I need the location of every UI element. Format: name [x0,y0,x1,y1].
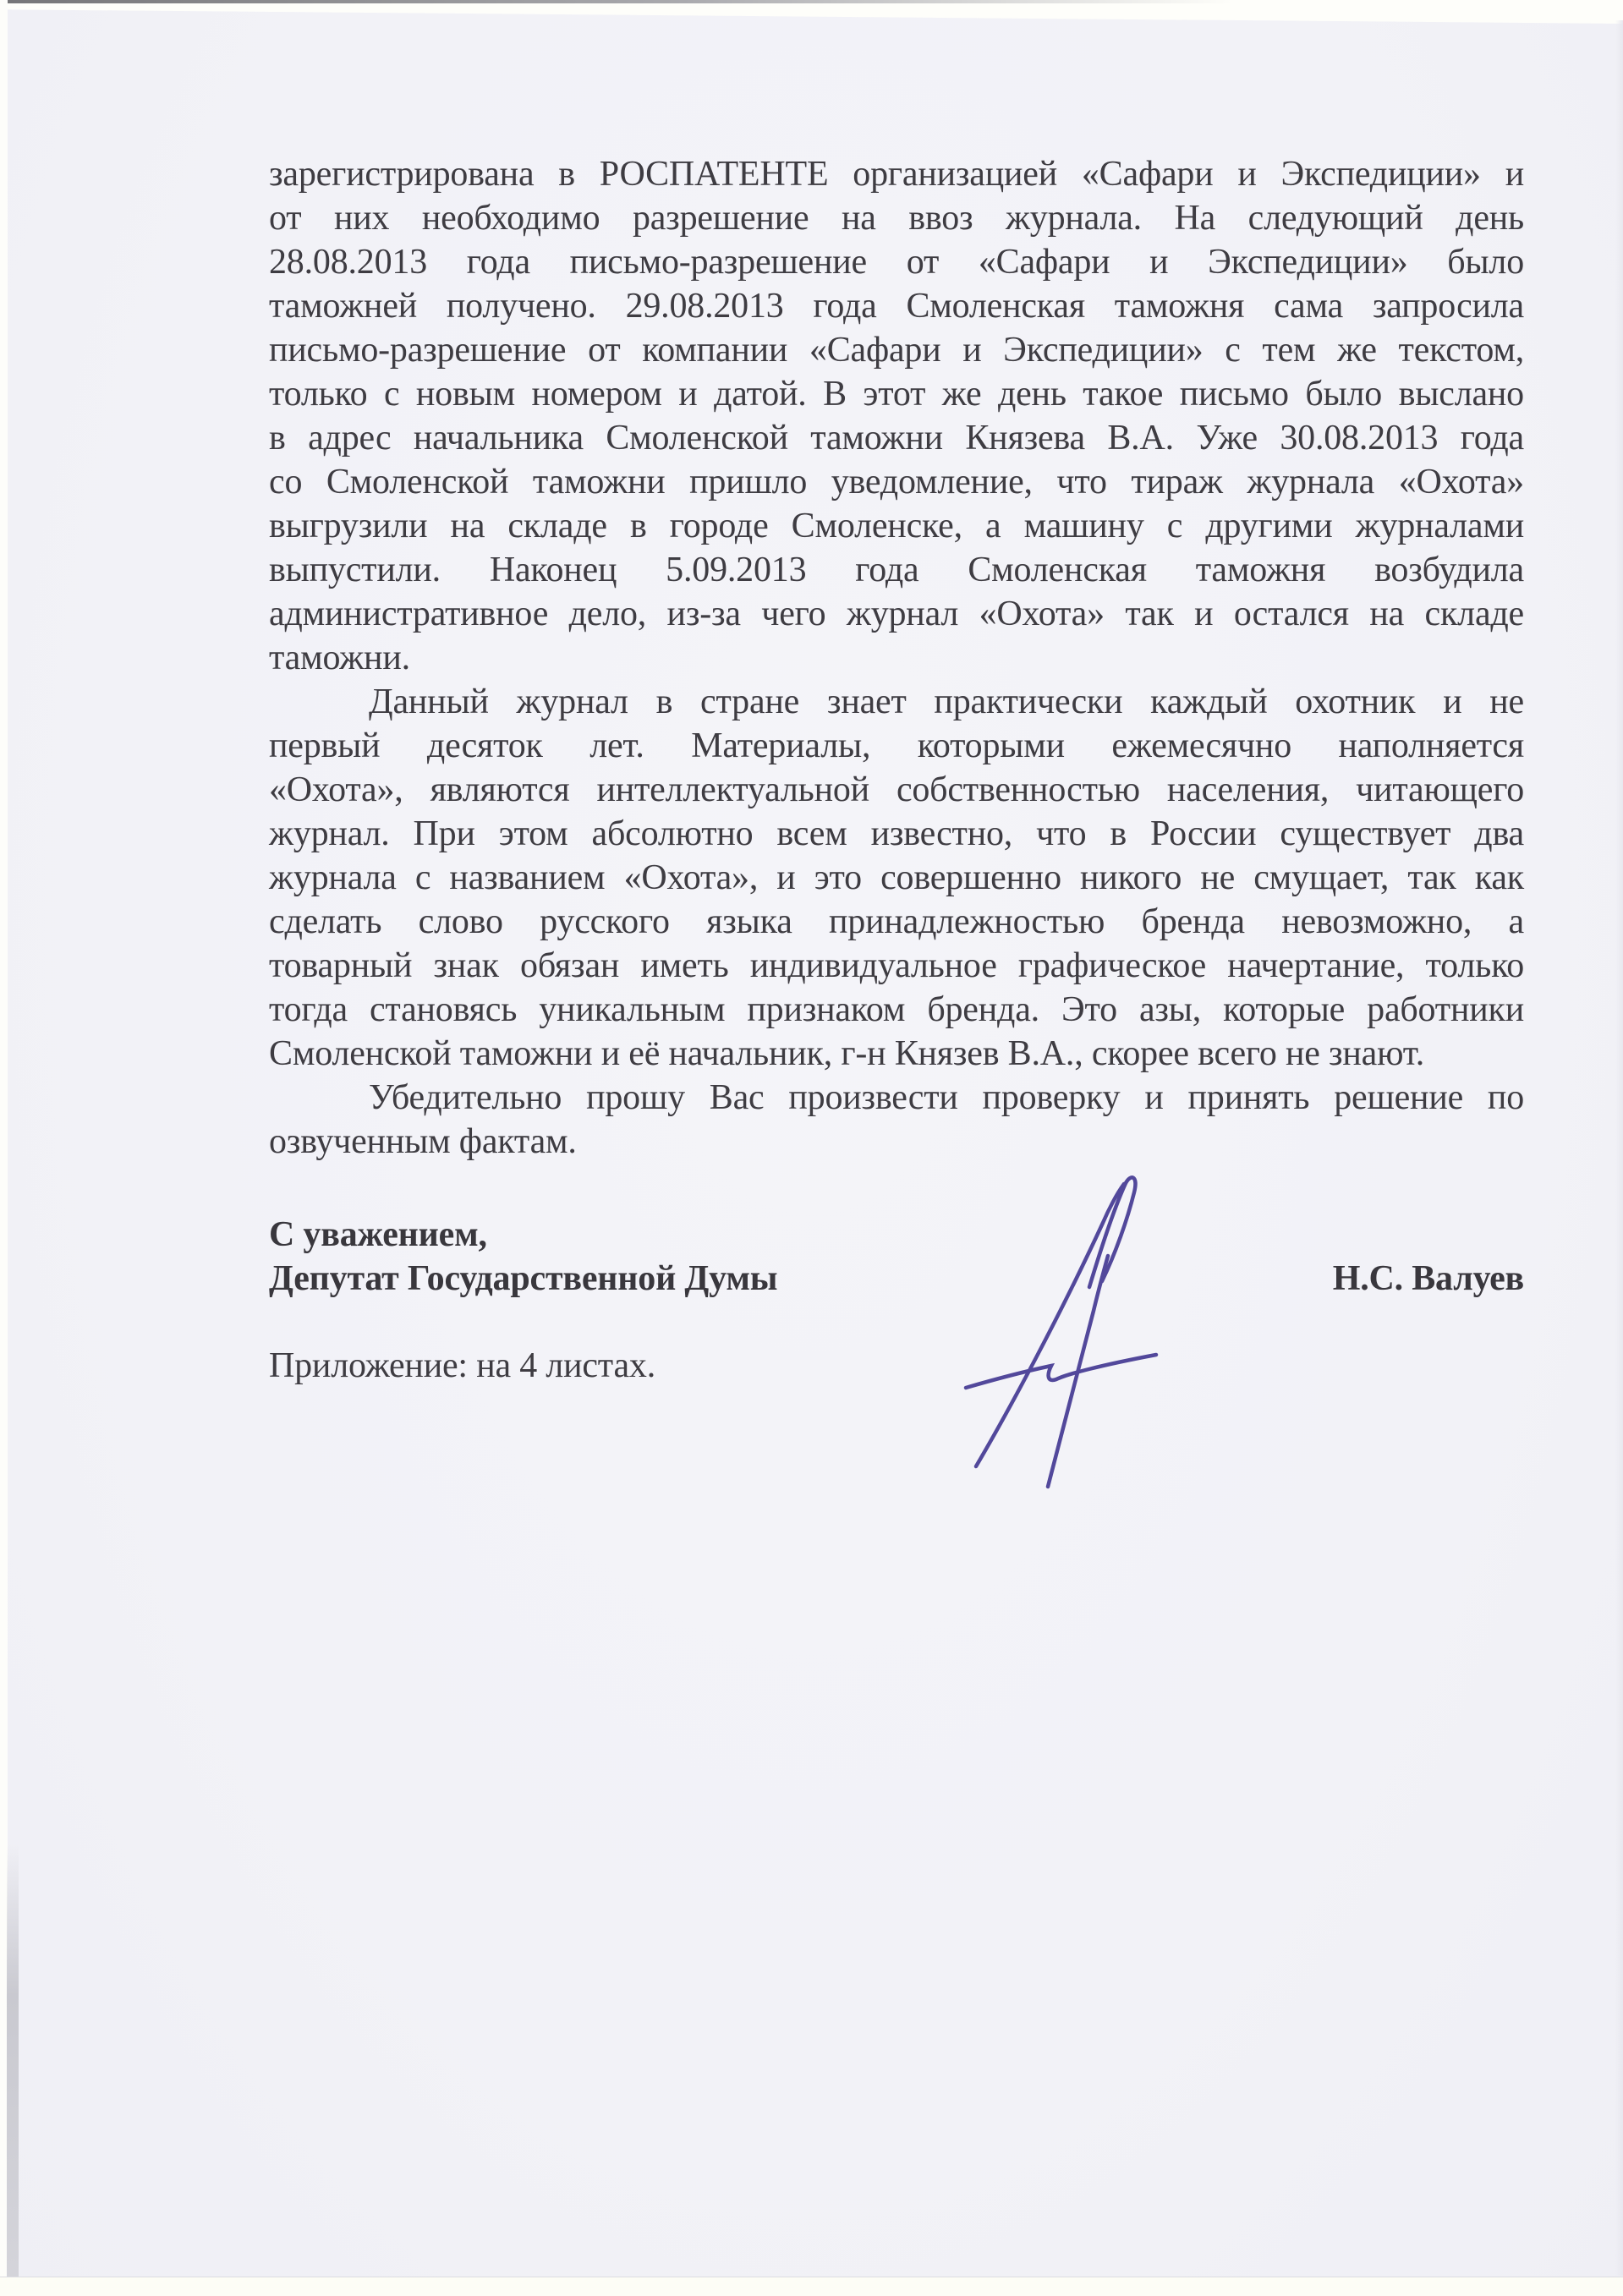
signature-scribble-icon [962,1169,1161,1490]
signer-name: Н.С. Валуев [1333,1257,1524,1301]
text-line: письмо-разрешение от компании «Сафари и … [269,328,1524,372]
scan-edge-bottom [0,2277,1623,2296]
text-line: только с новым номером и датой. В этот ж… [269,372,1524,416]
text-line: от них необходимо разрешение на ввоз жур… [269,196,1524,240]
text-line: сделать слово русского языка принадлежно… [269,900,1524,944]
scan-edge-top-shadow [0,0,1233,3]
text-line: со Смоленской таможни пришло уведомление… [269,460,1524,504]
text-line: 28.08.2013 года письмо-разрешение от «Са… [269,240,1524,284]
text-line: товарный знак обязан иметь индивидуально… [269,944,1524,988]
attachment-note: Приложение: на 4 листах. [269,1344,1524,1388]
closing-signature-row: Депутат Государственной Думы Н.С. Валуев [269,1257,1524,1301]
scanned-letter-page: зарегистрирована в РОСПАТЕНТЕ организаци… [0,0,1623,2296]
text-line: административное дело, из-за чего журнал… [269,592,1524,636]
text-line: зарегистрирована в РОСПАТЕНТЕ организаци… [269,152,1524,196]
text-line: Убедительно прошу Вас произвести проверк… [269,1076,1524,1120]
text-line: таможни. [269,636,1524,680]
letter-closing: С уважением, Депутат Государственной Дум… [269,1213,1524,1301]
scan-edge-left-shadow [7,1844,19,2277]
scan-edge-right-shadow [1615,20,1623,2276]
text-line: тогда становясь уникальным признаком бре… [269,988,1524,1032]
text-line: озвученным фактам. [269,1120,1524,1164]
letter-body: зарегистрирована в РОСПАТЕНТЕ организаци… [269,152,1524,1164]
text-line: выгрузили на складе в городе Смоленске, … [269,504,1524,548]
text-line: первый десяток лет. Материалы, которыми … [269,724,1524,768]
text-line: в адрес начальника Смоленской таможни Кн… [269,416,1524,460]
text-line: «Охота», являются интеллектуальной собст… [269,768,1524,812]
text-line: Данный журнал в стране знает практически… [269,680,1524,724]
scan-edge-top [0,0,1623,24]
text-line: таможней получено. 29.08.2013 года Смоле… [269,284,1524,328]
text-line: Смоленской таможни и её начальник, г-н К… [269,1032,1524,1076]
closing-salutation: С уважением, [269,1213,1524,1257]
text-line: журнала с названием «Охота», и это совер… [269,856,1524,900]
signer-title: Депутат Государственной Думы [269,1257,777,1301]
text-line: журнал. При этом абсолютно всем известно… [269,812,1524,856]
text-line: выпустили. Наконец 5.09.2013 года Смолен… [269,548,1524,592]
